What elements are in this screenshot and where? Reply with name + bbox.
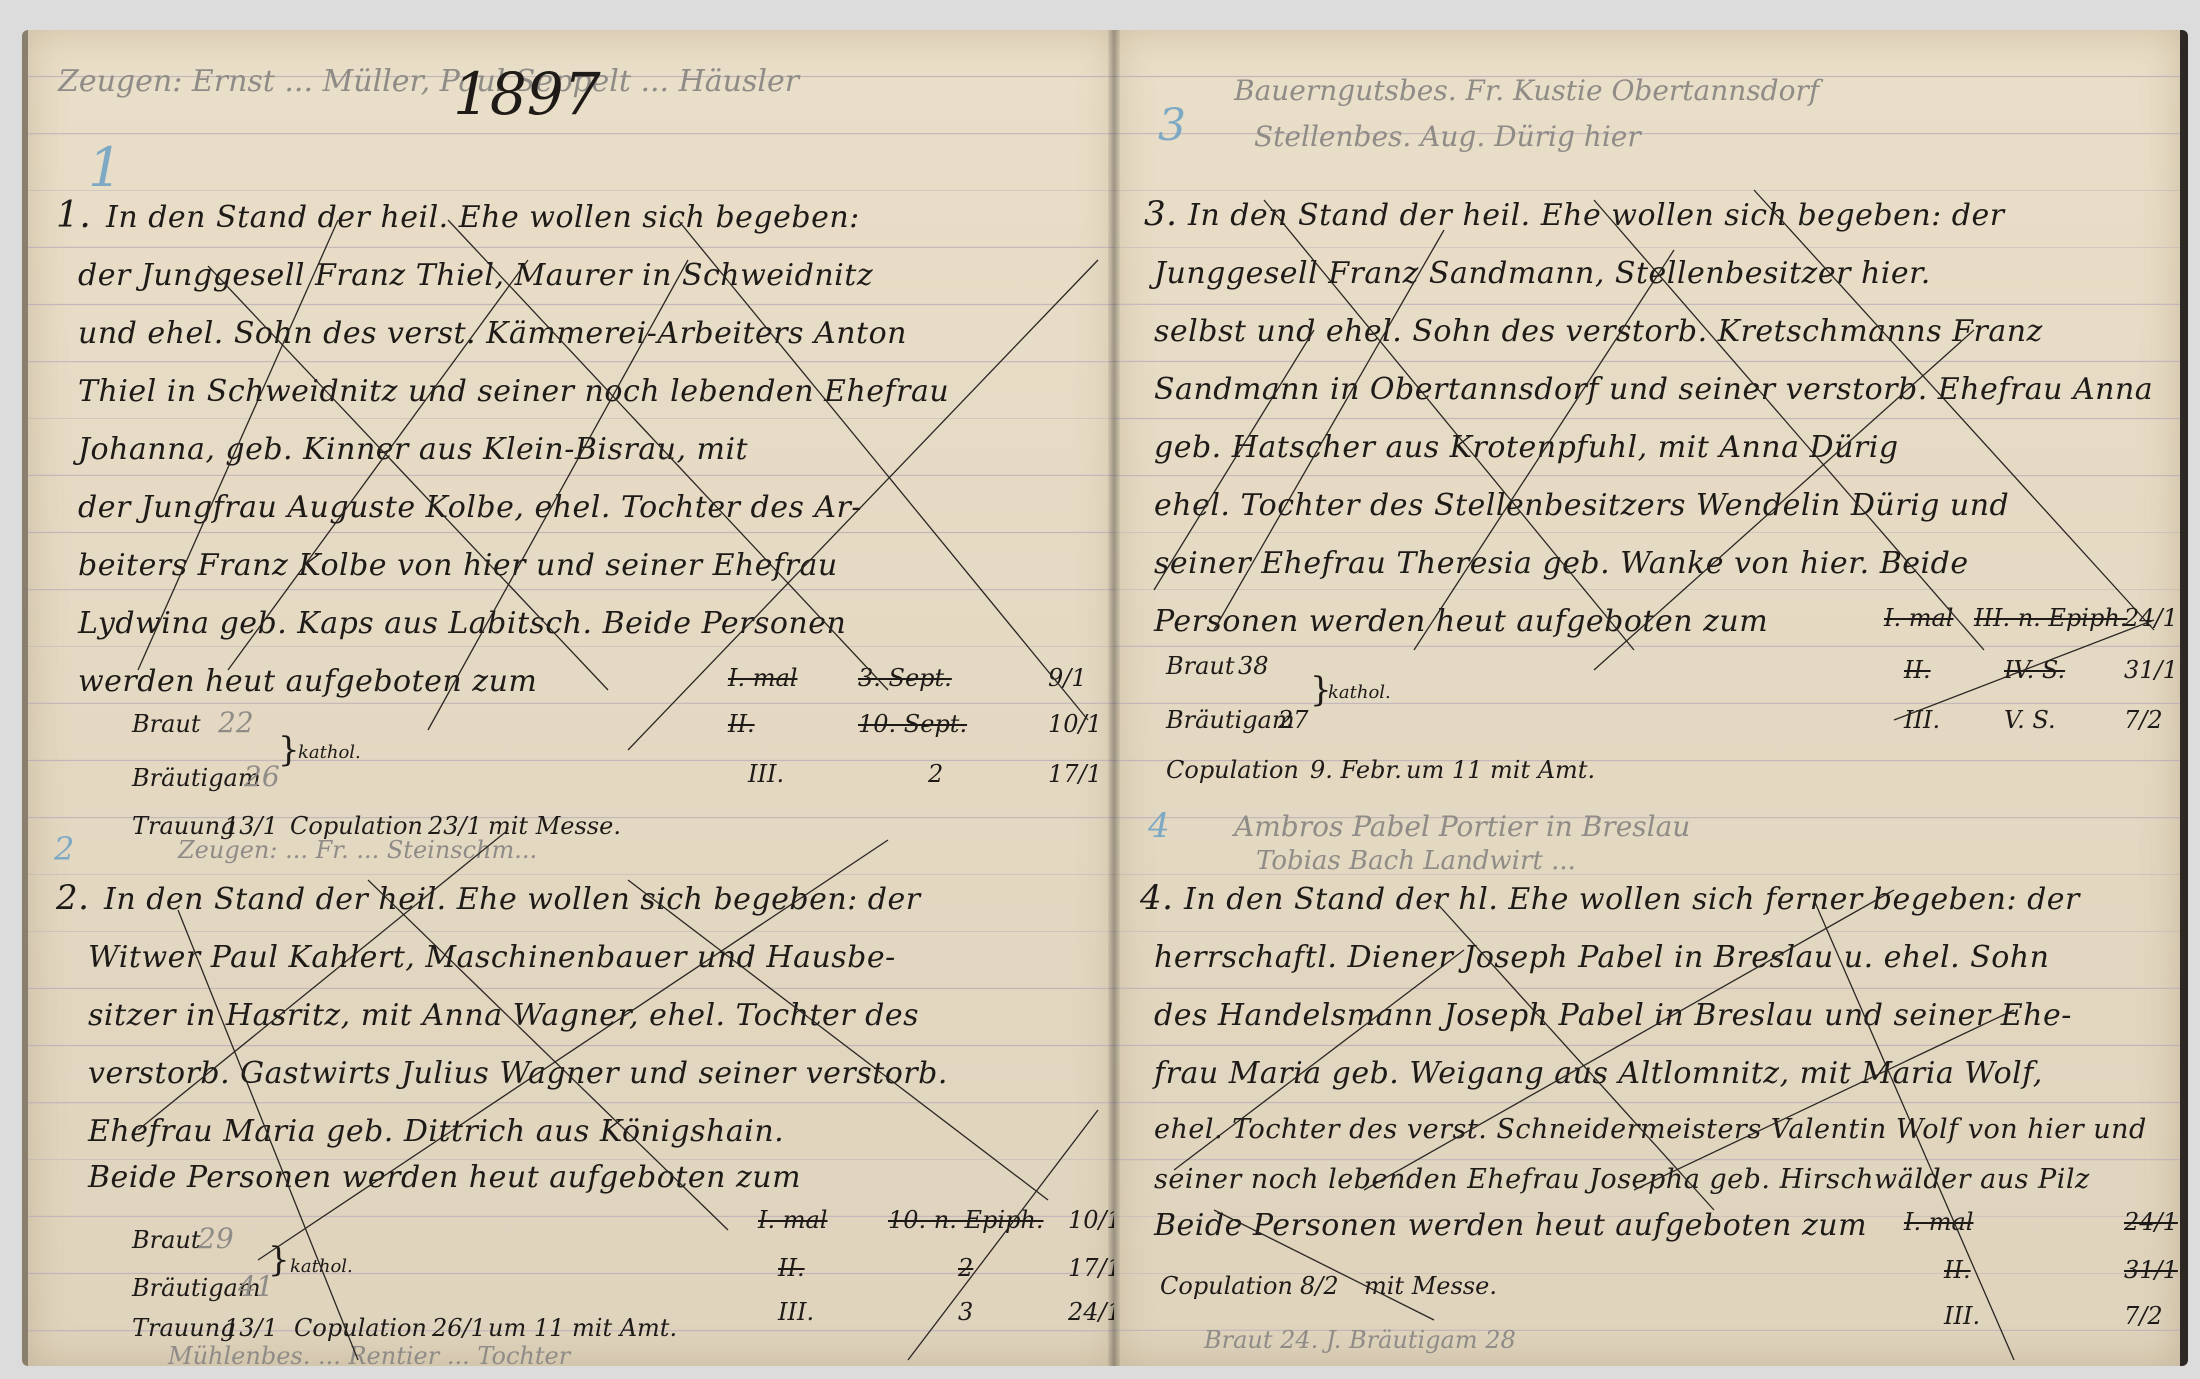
pencil-footer: Mühlenbes. ... Rentier ... Tochter xyxy=(168,1342,570,1366)
entry-number: 4. xyxy=(1140,878,1173,918)
entry-line: Ehefrau Maria geb. Dittrich aus Königsha… xyxy=(88,1114,784,1149)
entry-line: beiters Franz Kolbe von hier und seiner … xyxy=(78,548,838,583)
pencil-witness-header: Zeugen: Ernst ... Müller, Paul Seppelt .… xyxy=(58,64,799,99)
entry-line: werden heut aufgeboten zum xyxy=(78,664,537,699)
margin-number: 4 xyxy=(1148,806,1170,846)
braut-label: Braut xyxy=(132,1226,201,1254)
copulation-date: 8/2 xyxy=(1300,1272,1339,1300)
right-page: Bauerngutsbes. Fr. Kustie Obertannsdorf … xyxy=(1114,30,2188,1366)
copulation-note: um 11 mit Amt. xyxy=(488,1314,677,1342)
braeutigam-label: Bräutigam xyxy=(1166,706,1295,734)
entry-line: Beide Personen werden heut aufgeboten zu… xyxy=(1154,1208,1867,1243)
entry-line: seiner noch lebenden Ehefrau Josepha geb… xyxy=(1154,1164,2090,1195)
entry-line: Witwer Paul Kahlert, Maschinenbauer und … xyxy=(88,940,896,975)
copulation-label: Copulation xyxy=(1160,1272,1293,1300)
banns-1-date: 9/1 xyxy=(1048,664,1087,692)
banns-2-date: 31/1 xyxy=(2124,1256,2178,1284)
copulation-label: Copulation xyxy=(1166,756,1299,784)
copulation-date: 26/1 xyxy=(432,1314,486,1342)
braut-age: 29 xyxy=(198,1222,234,1255)
banns-1-value: 3. Sept. xyxy=(858,664,952,692)
banns-3-value: V. S. xyxy=(2004,706,2056,734)
banns-2-date: 31/1 xyxy=(2124,656,2178,684)
pencil-witness-2: Tobias Bach Landwirt ... xyxy=(1256,846,1576,876)
brace: } xyxy=(278,730,300,770)
entry-line: und ehel. Sohn des verst. Kämmerei-Arbei… xyxy=(78,316,907,351)
banns-2-label: II. xyxy=(1904,656,1931,684)
pencil-witness-1: Ambros Pabel Portier in Breslau xyxy=(1234,810,1690,843)
brace: } xyxy=(268,1240,290,1280)
trauung-date: 13/1 xyxy=(224,1314,278,1342)
trauung-label: Trauung xyxy=(132,1314,236,1342)
entry-line: ehel. Tochter des Stellenbesitzers Wende… xyxy=(1154,488,2009,523)
banns-3-label: III. xyxy=(1904,706,1940,734)
banns-1-date: 24/1 xyxy=(2124,604,2178,632)
entry-line: In den Stand der heil. Ehe wollen sich b… xyxy=(106,200,860,235)
braut-label: Braut xyxy=(1166,652,1235,680)
margin-number: 2 xyxy=(54,830,74,868)
entry-line: Sandmann in Obertannsdorf und seiner ver… xyxy=(1154,372,2153,407)
entry-line: seiner Ehefrau Theresia geb. Wanke von h… xyxy=(1154,546,1969,581)
banns-3-label: III. xyxy=(748,760,784,788)
banns-2-label: II. xyxy=(728,710,755,738)
pencil-witness: Zeugen: ... Fr. ... Steinschm... xyxy=(178,836,537,864)
open-register-book: Zeugen: Ernst ... Müller, Paul Seppelt .… xyxy=(22,22,2192,1370)
entry-line: geb. Hatscher aus Krotenpfuhl, mit Anna … xyxy=(1154,430,1899,465)
banns-2-value: 2 xyxy=(958,1254,973,1282)
banns-1-date: 24/1 xyxy=(2124,1208,2178,1236)
year-heading: 1897 xyxy=(453,60,601,128)
entry-number: 1. xyxy=(56,195,91,236)
entry-line: In den Stand der hl. Ehe wollen sich fer… xyxy=(1184,882,2080,917)
entry-line: Personen werden heut aufgeboten zum xyxy=(1154,604,1768,639)
banns-3-value: 3 xyxy=(958,1298,973,1326)
entry-line: In den Stand der heil. Ehe wollen sich b… xyxy=(1188,198,2005,233)
entry-line: der Jungfrau Auguste Kolbe, ehel. Tochte… xyxy=(78,490,862,525)
banns-3-label: III. xyxy=(1944,1302,1980,1330)
copulation-note: mit Messe. xyxy=(1364,1272,1497,1300)
entry-line: sitzer in Hasritz, mit Anna Wagner, ehel… xyxy=(88,998,919,1033)
copulation-label: Copulation xyxy=(294,1314,427,1342)
banns-1-label: I. mal xyxy=(758,1206,827,1234)
entry-line: Thiel in Schweidnitz und seiner noch leb… xyxy=(78,374,949,409)
banns-3-date: 17/1 xyxy=(1048,760,1102,788)
entry-line: der Junggesell Franz Thiel, Maurer in Sc… xyxy=(78,258,873,293)
banns-2-value: IV. S. xyxy=(2004,656,2065,684)
banns-1-label: I. mal xyxy=(1884,604,1953,632)
banns-2-label: II. xyxy=(778,1254,805,1282)
entry-number: 2. xyxy=(56,878,89,918)
entry-number: 3. xyxy=(1144,194,1177,234)
entry-line: frau Maria geb. Weigang aus Altlomnitz, … xyxy=(1154,1056,2043,1091)
entry-line: Junggesell Franz Sandmann, Stellenbesitz… xyxy=(1154,256,1931,291)
entry-line: Beide Personen werden heut aufgeboten zu… xyxy=(88,1160,801,1195)
banns-3-date: 7/2 xyxy=(2124,1302,2163,1330)
banns-2-value: 10. Sept. xyxy=(858,710,967,738)
copulation-note: um 11 mit Amt. xyxy=(1406,756,1595,784)
pencil-witness-header-1: Bauerngutsbes. Fr. Kustie Obertannsdorf xyxy=(1234,74,1819,107)
banns-1-value: 10. n. Epiph. xyxy=(888,1206,1044,1234)
braut-age: 22 xyxy=(218,706,254,739)
banns-3-date: 7/2 xyxy=(2124,706,2163,734)
braeutigam-label: Bräutigam xyxy=(132,764,261,792)
pencil-footer: Braut 24. J. Bräutigam 28 xyxy=(1204,1326,1516,1354)
banns-1-label: I. mal xyxy=(1904,1208,1973,1236)
entry-line: selbst und ehel. Sohn des verstorb. Kret… xyxy=(1154,314,2043,349)
banns-3-label: III. xyxy=(778,1298,814,1326)
entry-line: des Handelsmann Joseph Pabel in Breslau … xyxy=(1154,998,2072,1033)
banns-1-value: III. n. Epiph. xyxy=(1974,604,2127,632)
book-gutter xyxy=(1108,30,1120,1366)
entry-line: Lydwina geb. Kaps aus Labitsch. Beide Pe… xyxy=(78,606,846,641)
pencil-witness-header-2: Stellenbes. Aug. Dürig hier xyxy=(1254,120,1641,153)
braut-age: 38 xyxy=(1238,652,1269,680)
entry-line: verstorb. Gastwirts Julius Wagner und se… xyxy=(88,1056,948,1091)
braeutigam-age: 27 xyxy=(1278,706,1309,734)
left-page: Zeugen: Ernst ... Müller, Paul Seppelt .… xyxy=(22,30,1118,1366)
entry-line: ehel. Tochter des verst. Schneidermeiste… xyxy=(1154,1114,2147,1145)
entry-line: Johanna, geb. Kinner aus Klein-Bisrau, m… xyxy=(78,432,748,467)
banns-2-label: II. xyxy=(1944,1256,1971,1284)
margin-number: 1 xyxy=(88,136,122,199)
entry-line: herrschaftl. Diener Joseph Pabel in Bres… xyxy=(1154,940,2049,975)
entry-line: In den Stand der heil. Ehe wollen sich b… xyxy=(104,882,921,917)
braeutigam-age: 26 xyxy=(244,760,280,793)
banns-3-value: 2 xyxy=(928,760,943,788)
margin-number: 3 xyxy=(1158,100,1186,151)
banns-1-label: I. mal xyxy=(728,664,797,692)
braut-label: Braut xyxy=(132,710,201,738)
banns-2-date: 10/1 xyxy=(1048,710,1102,738)
copulation-date: 9. Febr. xyxy=(1310,756,1402,784)
religion: kathol. xyxy=(298,742,361,763)
religion: kathol. xyxy=(1328,682,1391,703)
religion: kathol. xyxy=(290,1256,353,1277)
